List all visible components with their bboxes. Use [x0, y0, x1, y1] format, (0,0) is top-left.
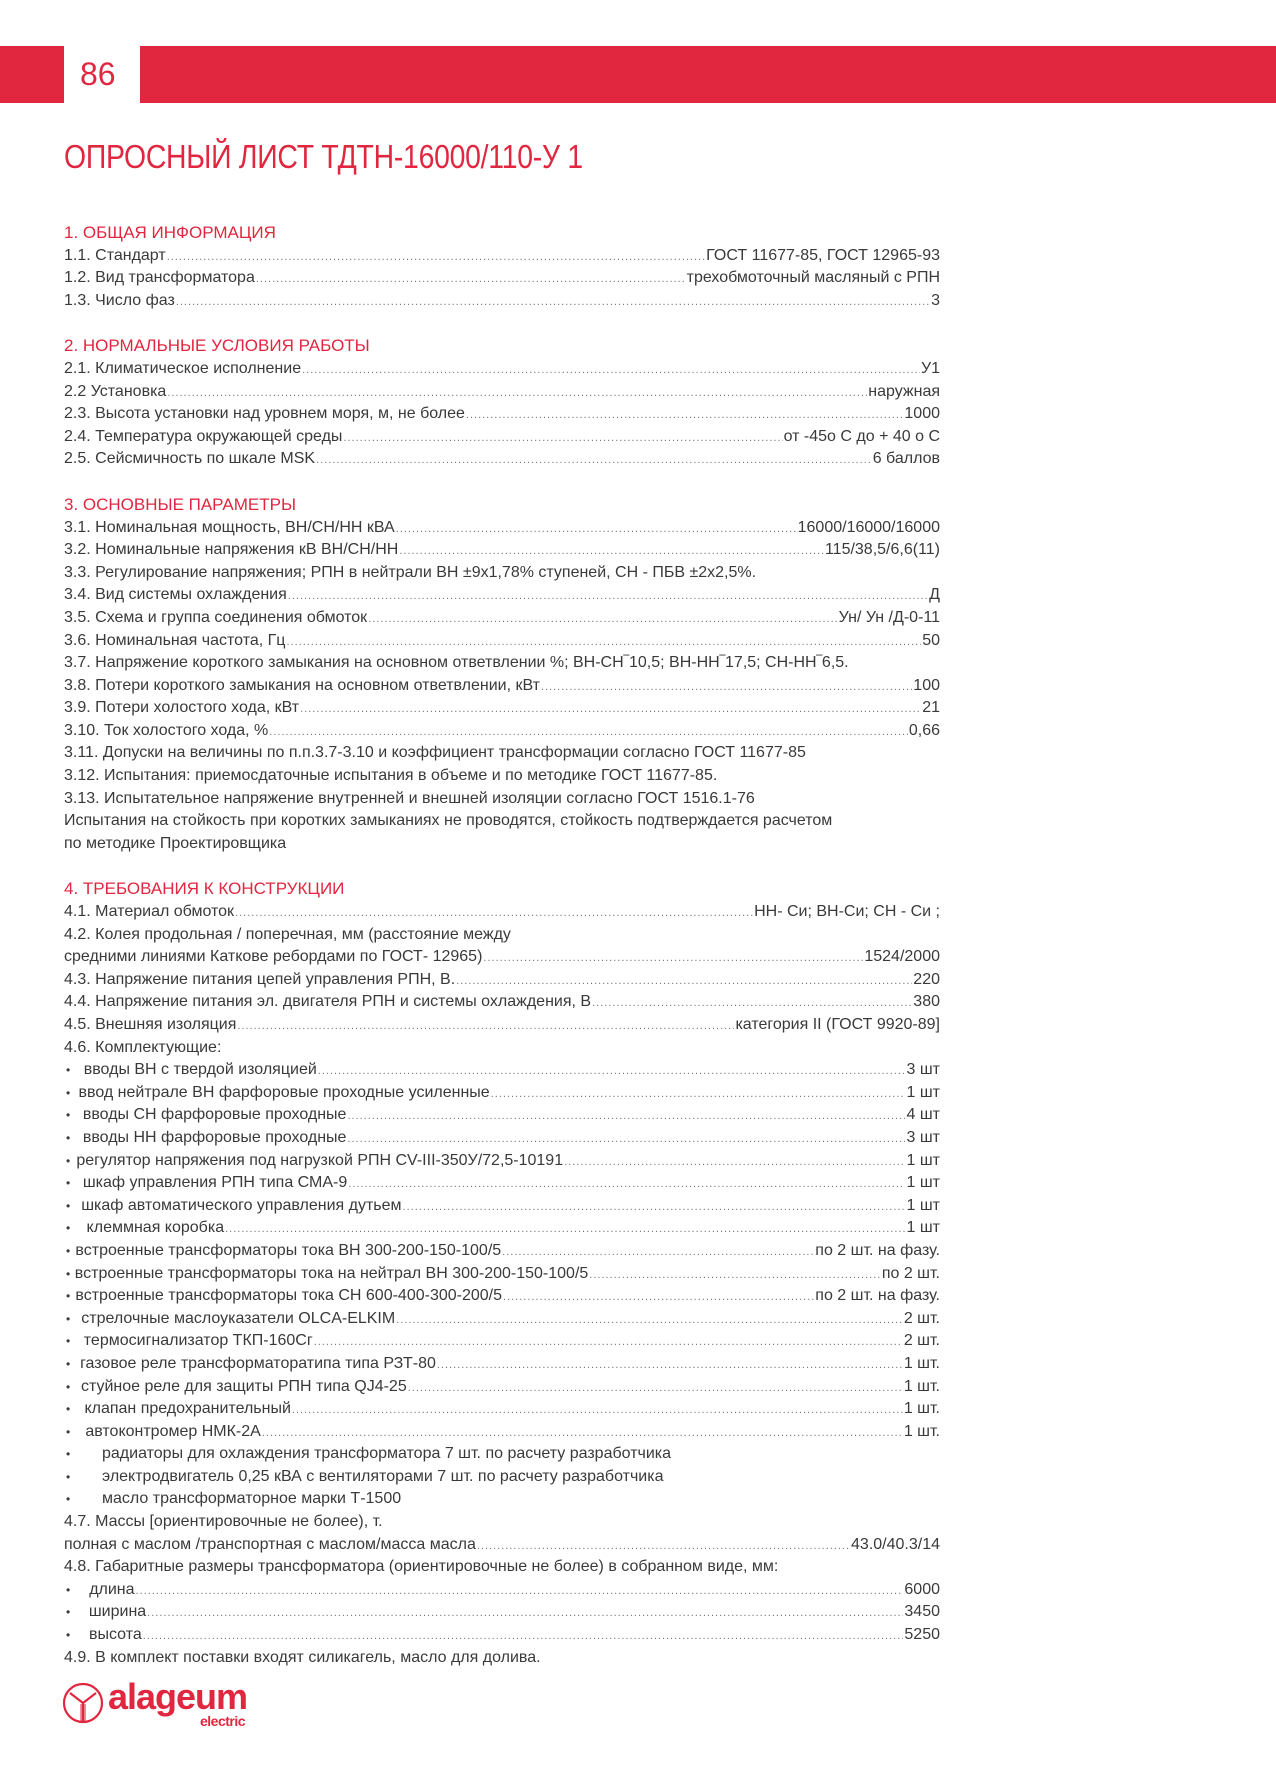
bullet-item: •стрелочные маслоуказатели OLCA-ELKIM2 ш… — [64, 1308, 940, 1331]
dot-leader — [491, 1083, 906, 1106]
spec-value: Ун/ Ун /Д-0-11 — [839, 607, 940, 630]
dot-leader — [408, 1377, 903, 1400]
dot-leader — [176, 291, 930, 314]
spec-line: Испытания на стойкость при коротких замы… — [64, 810, 940, 833]
spec-value: 3 шт — [906, 1127, 940, 1150]
dot-leader — [503, 1286, 814, 1309]
spec-label: средними линиями Каткове ребордами по ГО… — [64, 946, 482, 969]
spec-label: 4.3. Напряжение питания цепей управления… — [64, 969, 455, 992]
bullet-item: •высота5250 — [64, 1624, 940, 1647]
bullet-icon: • — [64, 1421, 85, 1444]
dot-leader — [483, 947, 863, 970]
spec-label: 2.2 Установка — [64, 381, 166, 404]
spec-label: термосигнализатор ТКП-160Сг — [84, 1330, 313, 1353]
dot-leader — [396, 518, 797, 541]
spec-label: регулятор напряжения под нагрузкой РПН C… — [76, 1150, 563, 1173]
dot-leader — [466, 404, 904, 427]
dot-leader — [343, 427, 782, 450]
section-gap — [64, 471, 940, 494]
spec-label: вводы НН фарфоровые проходные — [83, 1127, 347, 1150]
spec-value: 3 — [931, 290, 940, 313]
dot-leader — [403, 1196, 906, 1219]
dot-leader — [167, 246, 705, 269]
spec-value: 1 шт — [906, 1217, 940, 1240]
dot-leader — [302, 359, 920, 382]
dot-leader — [564, 1151, 905, 1174]
spec-label: 3.8. Потери короткого замыкания на основ… — [64, 675, 540, 698]
spec-value: 3450 — [904, 1601, 940, 1624]
dot-leader — [256, 268, 686, 291]
bullet-item: •вводы ВН с твердой изоляцией3 шт — [64, 1059, 940, 1082]
spec-value: от -45о С до + 40 о С — [784, 426, 940, 449]
bullet-item: •радиаторы для охлаждения трансформатора… — [64, 1443, 940, 1466]
bullet-icon: • — [64, 1330, 84, 1353]
spec-label: 4.7. Массы [ориентировочные не более), т… — [64, 1513, 383, 1530]
spec-value: 1 шт — [906, 1172, 940, 1195]
spec-line: 4.9. В комплект поставки входят силикаге… — [64, 1647, 940, 1670]
spec-line: 2.5. Сейсмичность по шкале MSK6 баллов — [64, 448, 940, 471]
spec-label: клеммная коробка — [87, 1217, 225, 1240]
dot-leader — [477, 1535, 850, 1558]
spec-line: 3.11. Допуски на величины по п.п.3.7-3.1… — [64, 742, 940, 765]
spec-value: 2 шт. — [904, 1330, 940, 1353]
spec-label: 3.7. Напряжение короткого замыкания на о… — [64, 654, 849, 671]
section-heading: 3. ОСНОВНЫЕ ПАРАМЕТРЫ — [64, 494, 940, 517]
section-gap — [64, 312, 940, 335]
spec-value: по 2 шт. на фазу. — [815, 1240, 940, 1263]
dot-leader — [316, 449, 872, 472]
spec-value: 1 шт. — [904, 1398, 940, 1421]
dot-leader — [292, 1399, 903, 1422]
spec-line: 3.2. Номинальные напряжения кВ ВН/СН/НН1… — [64, 539, 940, 562]
dot-leader — [237, 1015, 734, 1038]
bullet-item: •регулятор напряжения под нагрузкой РПН … — [64, 1150, 940, 1173]
spec-label: шкаф автоматического управления дутьем — [81, 1195, 401, 1218]
page-title: ОПРОСНЫЙ ЛИСТ ТДТН-16000/110-У 1 — [64, 138, 583, 176]
dot-leader — [502, 1241, 814, 1264]
spec-line: 4.5. Внешняя изоляциякатегория II (ГОСТ … — [64, 1014, 940, 1037]
spec-line: 3.6. Номинальная частота, Гц50 — [64, 630, 940, 653]
bullet-icon: • — [64, 1353, 80, 1376]
spec-label: вводы ВН с твердой изоляцией — [84, 1059, 317, 1082]
spec-label: газовое реле трансформаторатипа типа РЗТ… — [80, 1353, 436, 1376]
spec-label: 4.1. Материал обмоток — [64, 901, 234, 924]
company-logo: alageum electric — [62, 1682, 262, 1732]
bullet-item: •вводы НН фарфоровые проходные3 шт — [64, 1127, 940, 1150]
spec-label: ширина — [89, 1601, 146, 1624]
spec-label: 3.2. Номинальные напряжения кВ ВН/СН/НН — [64, 539, 398, 562]
dot-leader — [288, 585, 928, 608]
spec-line: 4.8. Габаритные размеры трансформатора (… — [64, 1556, 940, 1579]
spec-line: 2.2 Установканаружная — [64, 381, 940, 404]
dot-leader — [147, 1602, 903, 1625]
spec-value: 1 шт — [906, 1082, 940, 1105]
spec-value: 100 — [913, 675, 940, 698]
spec-line: 3.5. Схема и группа соединения обмотокУн… — [64, 607, 940, 630]
spec-label: ввод нейтрале ВН фарфоровые проходные ус… — [79, 1082, 490, 1105]
spec-value: Д — [929, 584, 940, 607]
spec-line: 3.10. Ток холостого хода, %0,66 — [64, 720, 940, 743]
spec-value: 21 — [922, 697, 940, 720]
spec-line: 3.1. Номинальная мощность, ВН/СН/НН кВА1… — [64, 517, 940, 540]
dot-leader — [235, 902, 753, 925]
bullet-icon: • — [64, 1172, 83, 1195]
spec-line: 1.2. Вид трансформаторатрехобмоточный ма… — [64, 267, 940, 290]
bullet-item: •клеммная коробка1 шт — [64, 1217, 940, 1240]
spec-value: 0,66 — [909, 720, 940, 743]
dot-leader — [262, 1422, 903, 1445]
spec-line: средними линиями Каткове ребордами по ГО… — [64, 946, 940, 969]
spec-label: 3.11. Допуски на величины по п.п.3.7-3.1… — [64, 744, 806, 761]
bullet-icon: • — [64, 1601, 89, 1624]
spec-value: по 2 шт. на фазу. — [815, 1285, 940, 1308]
questionnaire-body: 1. ОБЩАЯ ИНФОРМАЦИЯ1.1. СтандартГОСТ 116… — [64, 222, 940, 1669]
spec-label: 3.5. Схема и группа соединения обмоток — [64, 607, 367, 630]
dot-leader — [225, 1218, 905, 1241]
spec-label: 1.1. Стандарт — [64, 245, 166, 268]
dot-leader — [300, 698, 921, 721]
dot-leader — [399, 540, 824, 563]
dot-leader — [589, 1264, 881, 1287]
spec-label: высота — [89, 1624, 142, 1647]
bullet-icon: • — [64, 1104, 83, 1127]
section-heading: 4. ТРЕБОВАНИЯ К КОНСТРУКЦИИ — [64, 878, 940, 901]
bullet-item: •встроенные трансформаторы тока на нейтр… — [64, 1263, 940, 1286]
spec-value: 1000 — [904, 403, 940, 426]
spec-label: 2.1. Климатическое исполнение — [64, 358, 301, 381]
spec-value: категория II (ГОСТ 9920-89] — [735, 1014, 940, 1037]
spec-value: 50 — [922, 630, 940, 653]
bullet-icon: • — [64, 1127, 83, 1150]
header-bar-right — [140, 46, 1276, 103]
page-number: 86 — [80, 52, 116, 96]
bullet-item: •встроенные трансформаторы тока ВН 300-2… — [64, 1240, 940, 1263]
spec-label: клапан предохранительный — [84, 1398, 290, 1421]
spec-value: 6000 — [904, 1579, 940, 1602]
bullet-icon: • — [64, 1217, 87, 1240]
dot-leader — [348, 1173, 905, 1196]
bullet-item: •шкаф автоматического управления дутьем1… — [64, 1195, 940, 1218]
spec-value: 1 шт. — [904, 1376, 940, 1399]
bullet-item: •вводы СН фарфоровые проходные4 шт — [64, 1104, 940, 1127]
spec-value: 115/38,5/6,6(11) — [825, 539, 940, 562]
spec-label: вводы СН фарфоровые проходные — [83, 1104, 347, 1127]
dot-leader — [286, 631, 921, 654]
section-heading: 2. НОРМАЛЬНЫЕ УСЛОВИЯ РАБОТЫ — [64, 335, 940, 358]
spec-value: 3 шт — [906, 1059, 940, 1082]
dot-leader — [314, 1331, 903, 1354]
spec-value: 43.0/40.3/14 — [851, 1534, 940, 1557]
spec-label: 1.2. Вид трансформатора — [64, 267, 255, 290]
bullet-item: •длина6000 — [64, 1579, 940, 1602]
spec-label: 3.1. Номинальная мощность, ВН/СН/НН кВА — [64, 517, 395, 540]
spec-label: встроенные трансформаторы тока СН 600-40… — [75, 1285, 502, 1308]
spec-label: 3.12. Испытания: приемосдаточные испытан… — [64, 767, 717, 784]
spec-line: 4.1. Материал обмотокНН- Си; ВН-Си; СН -… — [64, 901, 940, 924]
bullet-item: •клапан предохранительный1 шт. — [64, 1398, 940, 1421]
spec-label: по методике Проектировщика — [64, 835, 286, 852]
bullet-icon: • — [64, 1195, 81, 1218]
spec-label: полная с маслом /транспортная с маслом/м… — [64, 1534, 476, 1557]
spec-label: стрелочные маслоуказатели OLCA-ELKIM — [81, 1308, 395, 1331]
bullet-icon: • — [64, 1624, 89, 1647]
dot-leader — [456, 970, 912, 993]
spec-label: длина — [89, 1579, 134, 1602]
dot-leader — [318, 1060, 906, 1083]
spec-value: наружная — [868, 381, 940, 404]
spec-value: 5250 — [904, 1624, 940, 1647]
bullet-item: •масло трансформаторное марки Т-1500 — [64, 1488, 940, 1511]
spec-value: НН- Си; ВН-Си; СН - Си ; — [754, 901, 940, 924]
logo-subtitle: electric — [200, 1713, 245, 1729]
spec-label: 4.6. Комплектующие: — [64, 1039, 221, 1056]
spec-line: 4.4. Напряжение питания эл. двигателя РП… — [64, 991, 940, 1014]
spec-line: 2.3. Высота установки над уровнем моря, … — [64, 403, 940, 426]
spec-label: 3.10. Ток холостого хода, % — [64, 720, 268, 743]
spec-label: 4.8. Габаритные размеры трансформатора (… — [64, 1558, 778, 1575]
spec-line: 4.3. Напряжение питания цепей управления… — [64, 969, 940, 992]
spec-label: шкаф управления РПН типа СМА-9 — [83, 1172, 347, 1195]
spec-label: 2.3. Высота установки над уровнем моря, … — [64, 403, 465, 426]
bullet-icon: • — [64, 1059, 84, 1082]
spec-label: 3.9. Потери холостого хода, кВт — [64, 697, 299, 720]
spec-label: радиаторы для охлаждения трансформатора … — [102, 1445, 671, 1462]
spec-value: трехобмоточный масляный с РПН — [687, 267, 940, 290]
spec-line: 2.1. Климатическое исполнениеУ1 — [64, 358, 940, 381]
spec-label: 4.4. Напряжение питания эл. двигателя РП… — [64, 991, 591, 1014]
spec-value: 1 шт — [906, 1195, 940, 1218]
spec-line: по методике Проектировщика — [64, 833, 940, 856]
spec-line: 1.1. СтандартГОСТ 11677-85, ГОСТ 12965-9… — [64, 245, 940, 268]
spec-line: 3.13. Испытательное напряжение внутренне… — [64, 788, 940, 811]
spec-label: стуйное реле для защиты РПН типа QJ4-25 — [81, 1376, 407, 1399]
spec-value: 4 шт — [906, 1104, 940, 1127]
spec-line: полная с маслом /транспортная с маслом/м… — [64, 1534, 940, 1557]
spec-label: 3.13. Испытательное напряжение внутренне… — [64, 790, 755, 807]
dot-leader — [143, 1625, 904, 1648]
section-heading: 1. ОБЩАЯ ИНФОРМАЦИЯ — [64, 222, 940, 245]
spec-value: 1524/2000 — [864, 946, 940, 969]
spec-line: 3.9. Потери холостого хода, кВт21 — [64, 697, 940, 720]
bullet-item: •газовое реле трансформаторатипа типа РЗ… — [64, 1353, 940, 1376]
spec-line: 3.3. Регулирование напряжения; РПН в ней… — [64, 562, 940, 585]
spec-label: 3.3. Регулирование напряжения; РПН в ней… — [64, 564, 756, 581]
spec-value: 380 — [913, 991, 940, 1014]
spec-value: 6 баллов — [873, 448, 940, 471]
spec-value: 2 шт. — [904, 1308, 940, 1331]
spec-value: 1 шт. — [904, 1353, 940, 1376]
dot-leader — [167, 382, 867, 405]
bullet-item: •автоконтромер НМК-2А1 шт. — [64, 1421, 940, 1444]
spec-value: 1 шт — [906, 1150, 940, 1173]
spec-label: автоконтромер НМК-2А — [85, 1421, 260, 1444]
bullet-icon: • — [64, 1488, 102, 1511]
spec-line: 3.7. Напряжение короткого замыкания на о… — [64, 652, 940, 675]
dot-leader — [592, 992, 912, 1015]
dot-leader — [269, 721, 908, 744]
spec-label: электродвигатель 0,25 кВА с вентиляторам… — [102, 1468, 664, 1485]
spec-line: 1.3. Число фаз3 — [64, 290, 940, 313]
bullet-icon: • — [64, 1240, 75, 1263]
spec-label: 4.2. Колея продольная / поперечная, мм (… — [64, 926, 511, 943]
spec-label: 2.5. Сейсмичность по шкале MSK — [64, 448, 315, 471]
bullet-item: •термосигнализатор ТКП-160Сг2 шт. — [64, 1330, 940, 1353]
dot-leader — [347, 1128, 905, 1151]
spec-label: 1.3. Число фаз — [64, 290, 175, 313]
bullet-icon: • — [64, 1443, 102, 1466]
dot-leader — [437, 1354, 903, 1377]
bullet-item: •стуйное реле для защиты РПН типа QJ4-25… — [64, 1376, 940, 1399]
spec-value: ГОСТ 11677-85, ГОСТ 12965-93 — [706, 245, 940, 268]
bullet-icon: • — [64, 1376, 81, 1399]
bullet-icon: • — [64, 1150, 76, 1173]
dot-leader — [347, 1105, 905, 1128]
spec-label: встроенные трансформаторы тока на нейтра… — [75, 1263, 589, 1286]
header-bar-left — [0, 46, 64, 103]
bullet-icon: • — [64, 1082, 79, 1105]
spec-line: 4.7. Массы [ориентировочные не более), т… — [64, 1511, 940, 1534]
bullet-icon: • — [64, 1263, 75, 1286]
bullet-icon: • — [64, 1308, 81, 1331]
spec-label: 3.4. Вид системы охлаждения — [64, 584, 287, 607]
spec-value: по 2 шт. — [882, 1263, 940, 1286]
spec-value: 1 шт. — [904, 1421, 940, 1444]
spec-value: 220 — [913, 969, 940, 992]
spec-label: 2.4. Температура окружающей среды — [64, 426, 342, 449]
bullet-item: •ввод нейтрале ВН фарфоровые проходные у… — [64, 1082, 940, 1105]
spec-label: масло трансформаторное марки Т-1500 — [102, 1490, 401, 1507]
bullet-item: •электродвигатель 0,25 кВА с вентилятора… — [64, 1466, 940, 1489]
logo-name: alageum — [108, 1676, 247, 1718]
dot-leader — [396, 1309, 903, 1332]
spec-line: 3.4. Вид системы охлажденияД — [64, 584, 940, 607]
spec-label: 4.5. Внешняя изоляция — [64, 1014, 236, 1037]
spec-label: 3.6. Номинальная частота, Гц — [64, 630, 285, 653]
spec-value: У1 — [921, 358, 940, 381]
spec-label: 4.9. В комплект поставки входят силикаге… — [64, 1649, 541, 1666]
turbine-circle-icon — [62, 1682, 104, 1724]
bullet-icon: • — [64, 1285, 75, 1308]
dot-leader — [541, 676, 912, 699]
section-gap — [64, 855, 940, 878]
spec-value: 16000/16000/16000 — [798, 517, 940, 540]
spec-line: 3.12. Испытания: приемосдаточные испытан… — [64, 765, 940, 788]
spec-label: Испытания на стойкость при коротких замы… — [64, 812, 832, 829]
dot-leader — [368, 608, 837, 631]
spec-line: 3.8. Потери короткого замыкания на основ… — [64, 675, 940, 698]
bullet-item: •встроенные трансформаторы тока СН 600-4… — [64, 1285, 940, 1308]
bullet-item: •ширина3450 — [64, 1601, 940, 1624]
spec-line: 4.6. Комплектующие: — [64, 1037, 940, 1060]
bullet-icon: • — [64, 1466, 102, 1489]
bullet-icon: • — [64, 1579, 89, 1602]
bullet-icon: • — [64, 1398, 84, 1421]
spec-label: встроенные трансформаторы тока ВН 300-20… — [75, 1240, 501, 1263]
spec-line: 4.2. Колея продольная / поперечная, мм (… — [64, 924, 940, 947]
spec-line: 2.4. Температура окружающей средыот -45о… — [64, 426, 940, 449]
bullet-item: •шкаф управления РПН типа СМА-91 шт — [64, 1172, 940, 1195]
dot-leader — [136, 1580, 904, 1603]
